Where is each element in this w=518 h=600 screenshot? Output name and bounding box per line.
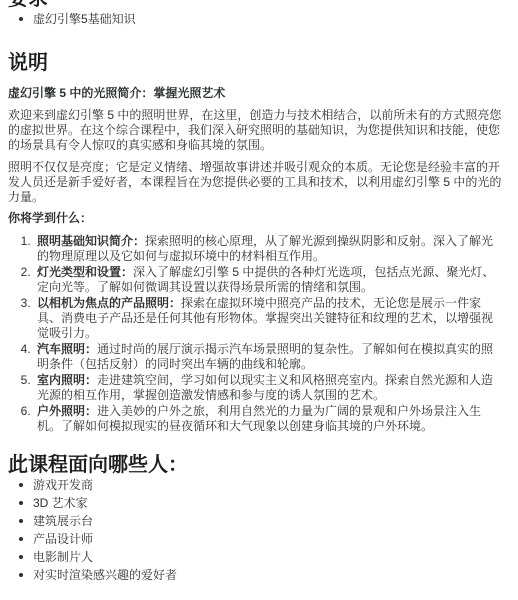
audience-title: 此课程面向哪些人：: [8, 452, 502, 478]
requirements-title: 要求: [8, 0, 502, 12]
learn-item: 照明基础知识简介：探索照明的核心原理，从了解光源到操纵阴影和反射。深入了解光的物…: [34, 234, 502, 264]
audience-item-text: 游戏开发商: [33, 478, 93, 492]
audience-item: 对实时渲染感兴趣的爱好者: [8, 568, 502, 582]
learn-item-text: 走进建筑空间，学习如何以现实主义和风格照亮室内。探索自然光源和人造光源的相互作用…: [37, 373, 493, 402]
audience-item-text: 建筑展示台: [33, 514, 93, 528]
learn-item: 户外照明：进入美妙的户外之旅，利用自然光的力量为广阔的景观和户外场景注入生机。了…: [34, 404, 502, 434]
learn-item-text: 进入美妙的户外之旅，利用自然光的力量为广阔的景观和户外场景注入生机。了解如何模拟…: [37, 404, 481, 433]
requirement-item-text: 虚幻引擎5基础知识: [33, 12, 136, 26]
description-paragraph: 照明不仅仅是亮度；它是定义情绪、增强故事讲述并吸引观众的本质。无论您是经验丰富的…: [8, 160, 502, 205]
audience-item: 电影制片人: [8, 550, 502, 564]
audience-item: 游戏开发商: [8, 478, 502, 492]
learn-item: 室内照明：走进建筑空间，学习如何以现实主义和风格照亮室内。探索自然光源和人造光源…: [34, 373, 502, 403]
description-paragraph: 欢迎来到虚幻引擎 5 中的照明世界，在这里，创造力与技术相结合，以前所未有的方式…: [8, 108, 502, 153]
audience-item: 产品设计师: [8, 532, 502, 546]
course-subtitle: 虚幻引擎 5 中的光照简介：掌握光照艺术: [8, 86, 502, 101]
learn-item-label: 汽车照明：: [37, 342, 97, 356]
requirements-section: 要求 虚幻引擎5基础知识: [8, 0, 502, 26]
description-section: 说明 虚幻引擎 5 中的光照简介：掌握光照艺术 欢迎来到虚幻引擎 5 中的照明世…: [8, 50, 502, 434]
audience-section: 此课程面向哪些人： 游戏开发商 3D 艺术家 建筑展示台 产品设计师 电影制片人…: [8, 452, 502, 582]
learn-list: 照明基础知识简介：探索照明的核心原理，从了解光源到操纵阴影和反射。深入了解光的物…: [8, 234, 502, 434]
audience-item-text: 电影制片人: [33, 550, 93, 564]
audience-item-text: 产品设计师: [33, 532, 93, 546]
learn-item: 以相机为焦点的产品照明：探索在虚拟环境中照亮产品的技术，无论您是展示一件家具、消…: [34, 296, 502, 341]
course-landing-page: 要求 虚幻引擎5基础知识 说明 虚幻引擎 5 中的光照简介：掌握光照艺术 欢迎来…: [0, 0, 518, 582]
learn-item-text: 通过时尚的展厅演示揭示汽车场景照明的复杂性。了解如何在模拟真实的照明条件（包括反…: [37, 342, 493, 371]
audience-item: 建筑展示台: [8, 514, 502, 528]
requirements-list: 虚幻引擎5基础知识: [8, 12, 502, 26]
audience-item-text: 3D 艺术家: [33, 496, 88, 510]
audience-list: 游戏开发商 3D 艺术家 建筑展示台 产品设计师 电影制片人 对实时渲染感兴趣的…: [8, 478, 502, 582]
learn-item: 灯光类型和设置：深入了解虚幻引擎 5 中提供的各种灯光选项，包括点光源、聚光灯、…: [34, 265, 502, 295]
learn-item-label: 灯光类型和设置：: [37, 265, 133, 279]
requirement-item: 虚幻引擎5基础知识: [8, 12, 502, 26]
learn-item-label: 照明基础知识简介：: [37, 234, 145, 248]
description-title: 说明: [8, 50, 502, 76]
learn-heading: 你将学到什么：: [8, 211, 502, 226]
learn-item-label: 户外照明：: [37, 404, 97, 418]
learn-item: 汽车照明：通过时尚的展厅演示揭示汽车场景照明的复杂性。了解如何在模拟真实的照明条…: [34, 342, 502, 372]
learn-item-label: 室内照明：: [37, 373, 97, 387]
audience-item-text: 对实时渲染感兴趣的爱好者: [33, 568, 177, 582]
learn-item-label: 以相机为焦点的产品照明：: [37, 296, 181, 310]
audience-item: 3D 艺术家: [8, 496, 502, 510]
